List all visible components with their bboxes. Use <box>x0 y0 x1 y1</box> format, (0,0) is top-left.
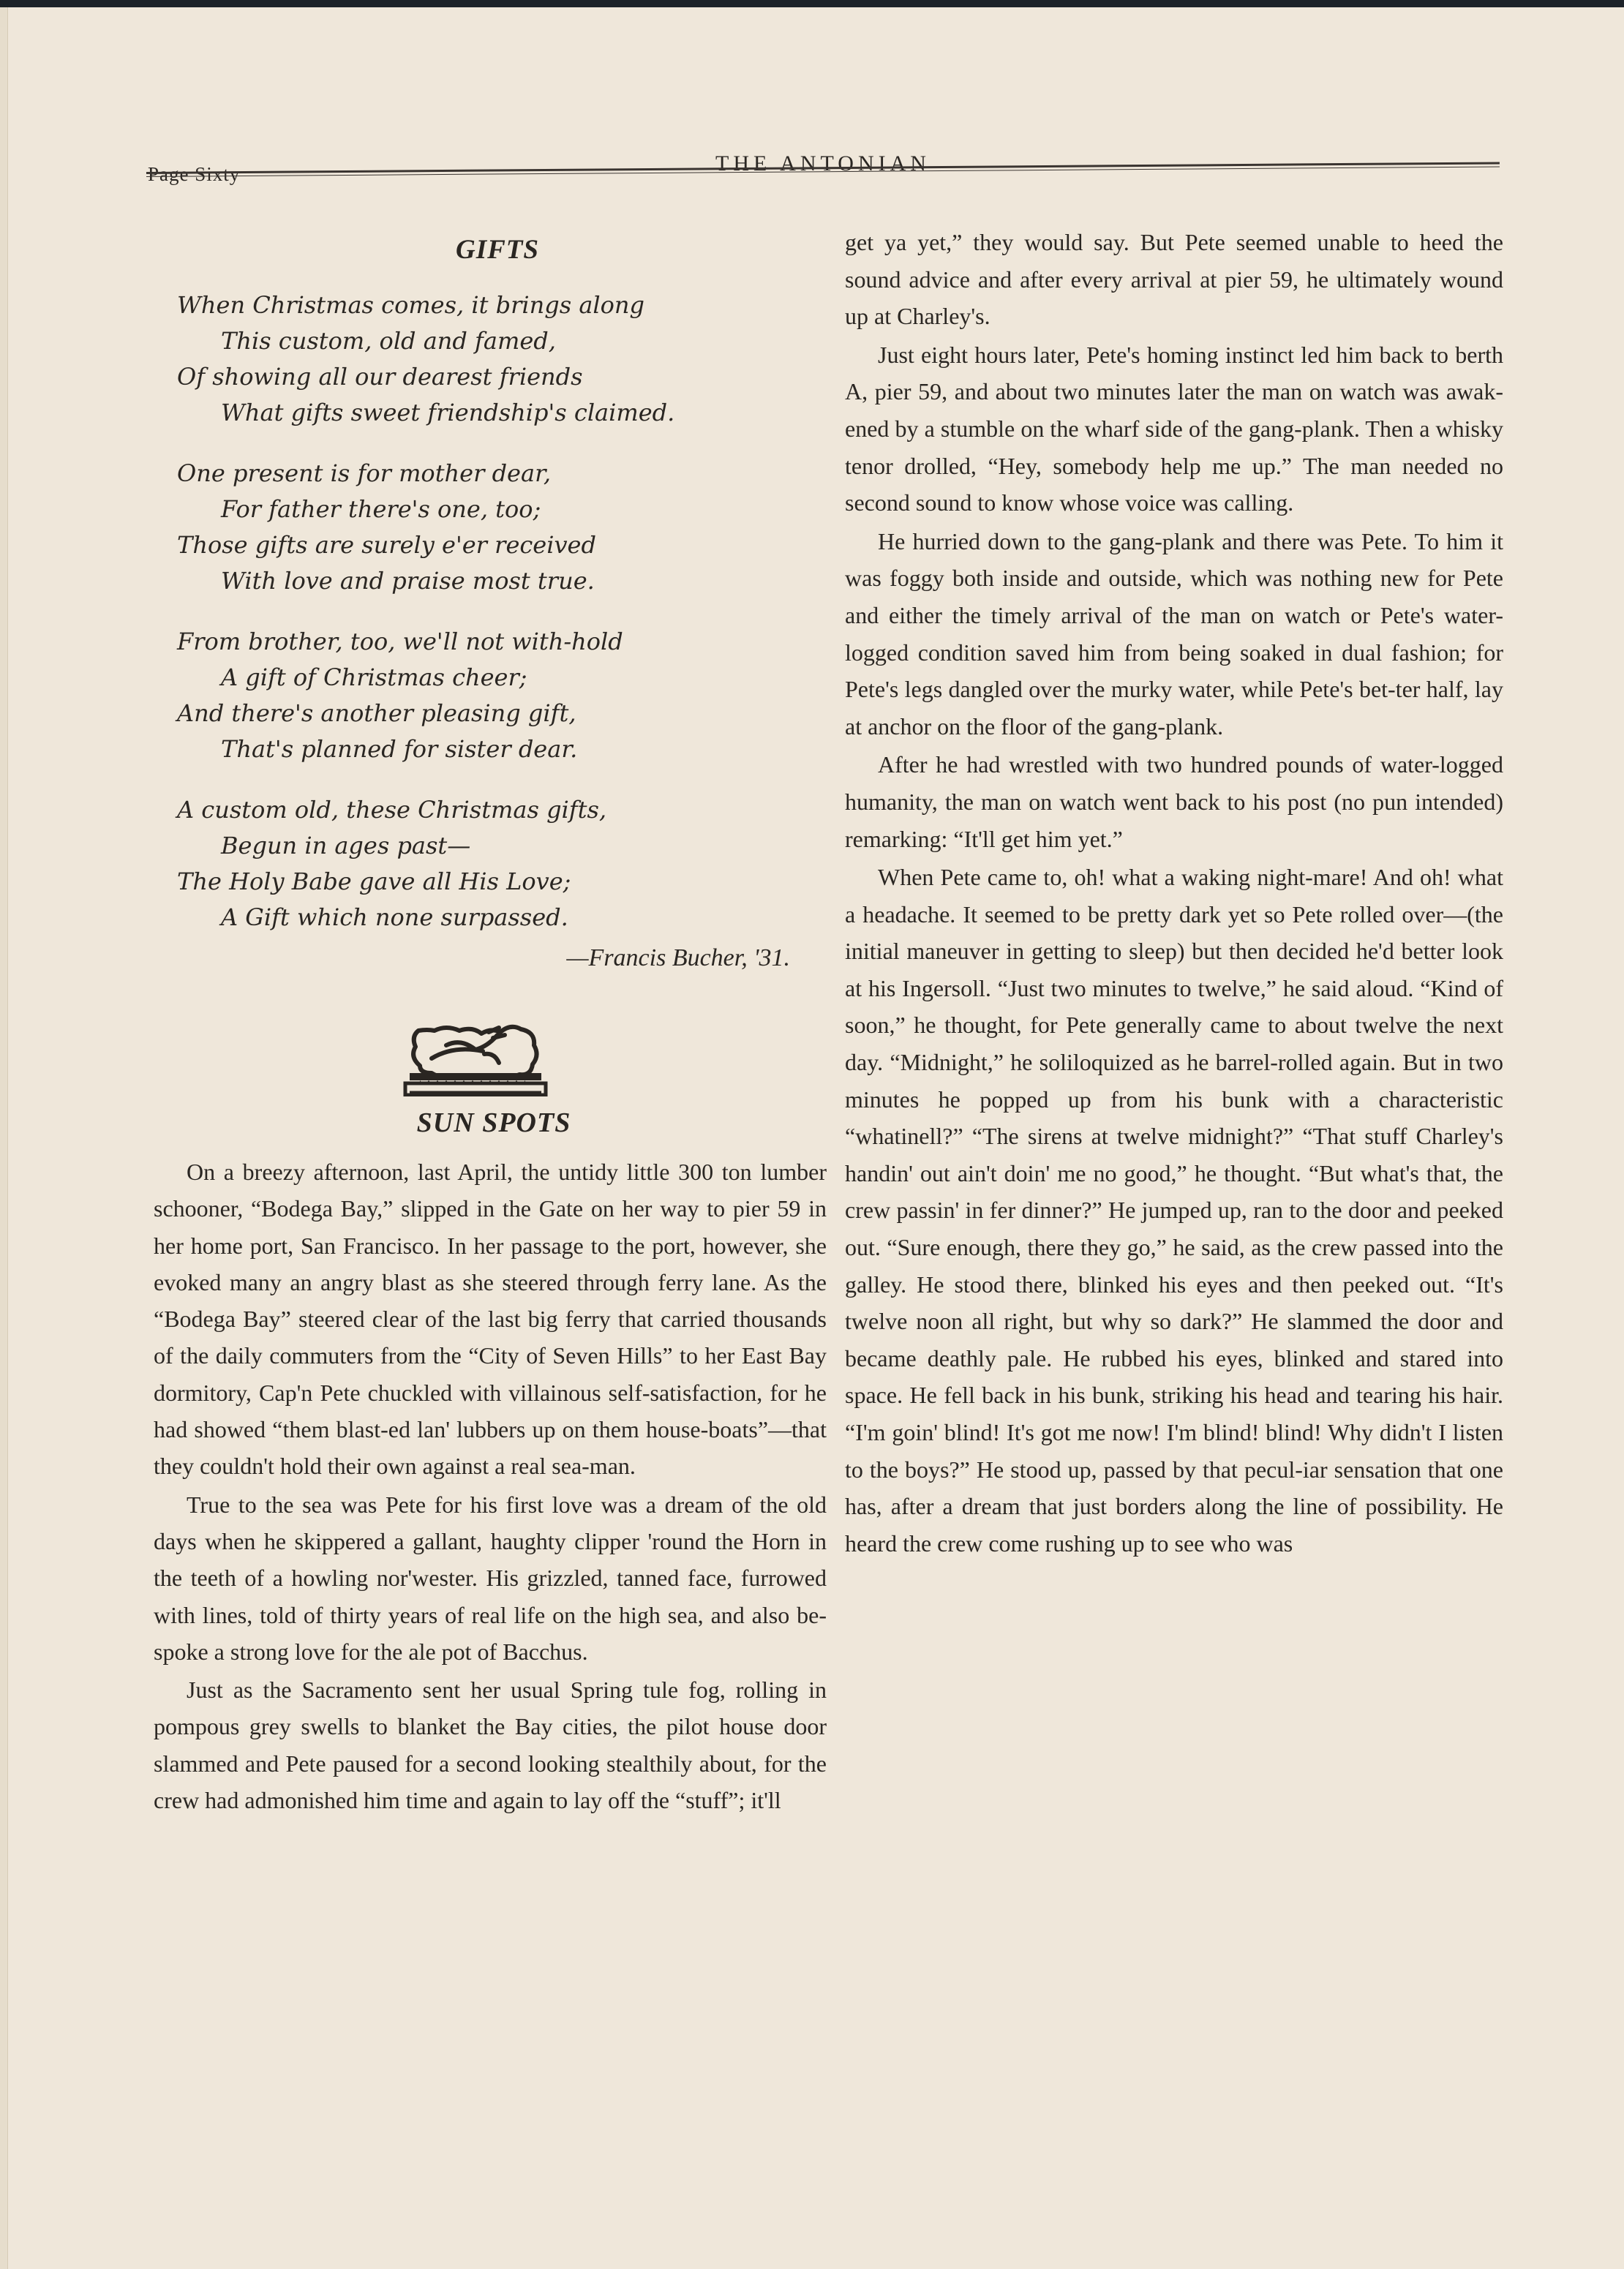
poem-line: Begun in ages past— <box>154 828 827 864</box>
poem-line: One present is for mother dear, <box>154 456 827 492</box>
poem-line: And there's another pleasing gift, <box>154 696 827 731</box>
story-paragraph: On a breezy afternoon, last April, the u… <box>154 1154 827 1485</box>
poem-line: For father there's one, too; <box>154 492 827 527</box>
poem-line: When Christmas comes, it brings along <box>154 287 827 323</box>
roast-turkey-on-platter-icon <box>402 1016 549 1096</box>
story-paragraph: Just as the Sacramento sent her usual Sp… <box>154 1671 827 1818</box>
story-paragraph: Just eight hours later, Pete's homing in… <box>845 336 1503 522</box>
page-binding-edge <box>0 7 8 2269</box>
poem-line: The Holy Babe gave all His Love; <box>154 864 827 900</box>
poem-line: A gift of Christmas cheer; <box>154 660 827 696</box>
left-column: GIFTS When Christmas comes, it brings al… <box>154 234 827 1820</box>
poem-line: From brother, too, we'll not with-hold <box>154 624 827 660</box>
story-title: SUN SPOTS <box>154 1107 827 1139</box>
poem-line: That's planned for sister dear. <box>154 731 827 767</box>
poem-title: GIFTS <box>154 234 827 266</box>
poem-stanza: When Christmas comes, it brings along Th… <box>154 287 827 431</box>
poem-line: A Gift which none surpassed. <box>154 900 827 936</box>
story-paragraph: He hurried down to the gang-plank and th… <box>845 523 1503 745</box>
poem-line: What gifts sweet friendship's claimed. <box>154 395 827 431</box>
right-column: get ya yet,” they would say. But Pete se… <box>845 224 1503 1563</box>
story-paragraph: After he had wrestled with two hundred p… <box>845 746 1503 857</box>
poem-line: With love and praise most true. <box>154 563 827 599</box>
poem-stanza: One present is for mother dear, For fath… <box>154 456 827 599</box>
poem-stanza: A custom old, these Christmas gifts, Beg… <box>154 792 827 936</box>
running-header: Page Sixty THE ANTONIAN <box>146 150 1500 194</box>
poem-line: Of showing all our dearest friends <box>154 359 827 395</box>
story-paragraph: True to the sea was Pete for his first l… <box>154 1486 827 1670</box>
poem-line: A custom old, these Christmas gifts, <box>154 792 827 828</box>
poem-stanza: From brother, too, we'll not with-hold A… <box>154 624 827 767</box>
story-paragraph-continued: get ya yet,” they would say. But Pete se… <box>845 224 1503 335</box>
scan-top-edge <box>0 0 1624 7</box>
story-paragraph: When Pete came to, oh! what a waking nig… <box>845 859 1503 1562</box>
poem-line: This custom, old and famed, <box>154 323 827 359</box>
poem-byline: —Francis Bucher, '31. <box>154 944 827 972</box>
poem-line: Those gifts are surely e'er received <box>154 527 827 563</box>
